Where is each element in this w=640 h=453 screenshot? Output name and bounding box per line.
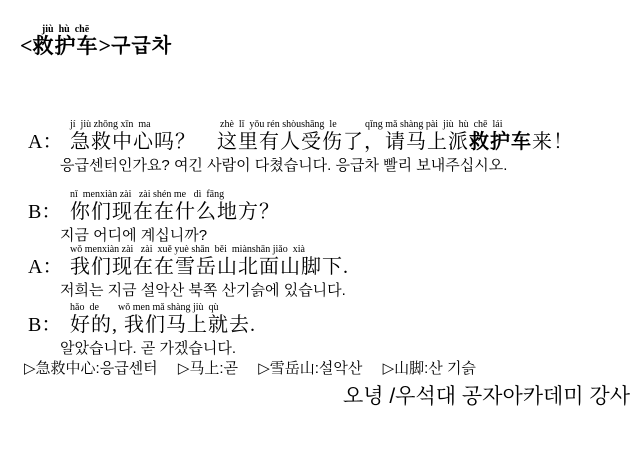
pinyin-segment: zhè lǐ yǒu rén shòushāng le — [220, 118, 337, 131]
speaker-label: B： — [28, 201, 70, 224]
chinese-keyword: 救护车 — [469, 131, 532, 153]
pinyin-segment: wǒ menxiàn zài zài xuě yuè shān běi miàn… — [70, 243, 305, 256]
chinese-line: A：我们现在在雪岳山北面山脚下. — [28, 256, 640, 279]
korean-translation: 저희는 지금 설악산 북쪽 산기슭에 있습니다. — [60, 282, 640, 299]
title-hanzi: 救护车 — [33, 35, 99, 58]
pinyin-line: nǐ menxiàn zài zài shén me dì fāng — [70, 188, 640, 201]
chinese-line: A：急救中心吗？ 这里有人受伤了，请马上派救护车来！ — [28, 131, 640, 154]
author-credit: 오녕 /우석대 공자아카데미 강사 — [343, 384, 630, 410]
vocab-item: ▷马上:곧 — [178, 360, 238, 377]
title-korean: 구급차 — [111, 34, 172, 58]
title-bracket-close: > — [99, 34, 112, 58]
chinese-text: 急救中心吗？ 这里有人受伤了，请马上派 — [70, 131, 469, 153]
title-hanzi-group: jiù hù chē 救护车 — [33, 24, 99, 58]
title-bracket-open: < — [20, 34, 33, 58]
pinyin-line: hǎo de wǒ men mǎ shàng jiù qù — [70, 301, 640, 314]
korean-translation: 응급센터인가요? 여긴 사람이 다쳤습니다. 응급차 빨리 보내주십시오. — [60, 157, 640, 174]
korean-translation: 지금 어디에 계십니까? — [60, 227, 640, 244]
pinyin-segment: wǒ men mǎ shàng jiù qù — [118, 301, 219, 314]
pinyin-segment: jí jiù zhōng xīn ma — [70, 118, 151, 131]
chinese-text: 我们现在在雪岳山北面山脚下. — [70, 256, 349, 278]
chinese-text: 好的, 我们马上就去. — [70, 314, 256, 336]
vocab-item: ▷急救中心:응급센터 — [24, 360, 158, 377]
dialogue-block-3: wǒ menxiàn zài zài xuě yuè shān běi miàn… — [28, 243, 640, 299]
lesson-page: < jiù hù chē 救护车 > 구급차 jí jiù zhōng xīn … — [0, 0, 640, 453]
dialogue-block-4: hǎo de wǒ men mǎ shàng jiù qù B：好的, 我们马上… — [28, 301, 640, 357]
korean-translation: 알았습니다. 곧 가겠습니다. — [60, 340, 640, 357]
chinese-text: 来！ — [532, 131, 574, 153]
speaker-label: A： — [28, 131, 70, 154]
pinyin-segment: qǐng mǎ shàng pài jiù hù chē lái — [365, 118, 502, 131]
vocab-item: ▷山脚:산 기슭 — [383, 360, 476, 377]
vocab-item: ▷雪岳山:설악산 — [258, 360, 362, 377]
chinese-text: 你们现在在什么地方？ — [70, 201, 280, 223]
pinyin-line: wǒ menxiàn zài zài xuě yuè shān běi miàn… — [70, 243, 640, 256]
dialogue-block-1: jí jiù zhōng xīn ma zhè lǐ yǒu rén shòus… — [28, 118, 640, 174]
pinyin-segment: nǐ menxiàn zài zài shén me dì fāng — [70, 188, 224, 201]
lesson-title: < jiù hù chē 救护车 > 구급차 — [20, 24, 172, 58]
pinyin-line: jí jiù zhōng xīn ma zhè lǐ yǒu rén shòus… — [70, 118, 640, 131]
vocabulary-line: ▷急救中心:응급센터 ▷马上:곧 ▷雪岳山:설악산 ▷山脚:산 기슭 — [24, 360, 492, 378]
speaker-label: B： — [28, 314, 70, 337]
chinese-line: B：好的, 我们马上就去. — [28, 314, 640, 337]
chinese-line: B：你们现在在什么地方？ — [28, 201, 640, 224]
speaker-label: A： — [28, 256, 70, 279]
dialogue-block-2: nǐ menxiàn zài zài shén me dì fāng B：你们现… — [28, 188, 640, 244]
pinyin-segment: hǎo de — [70, 301, 99, 314]
